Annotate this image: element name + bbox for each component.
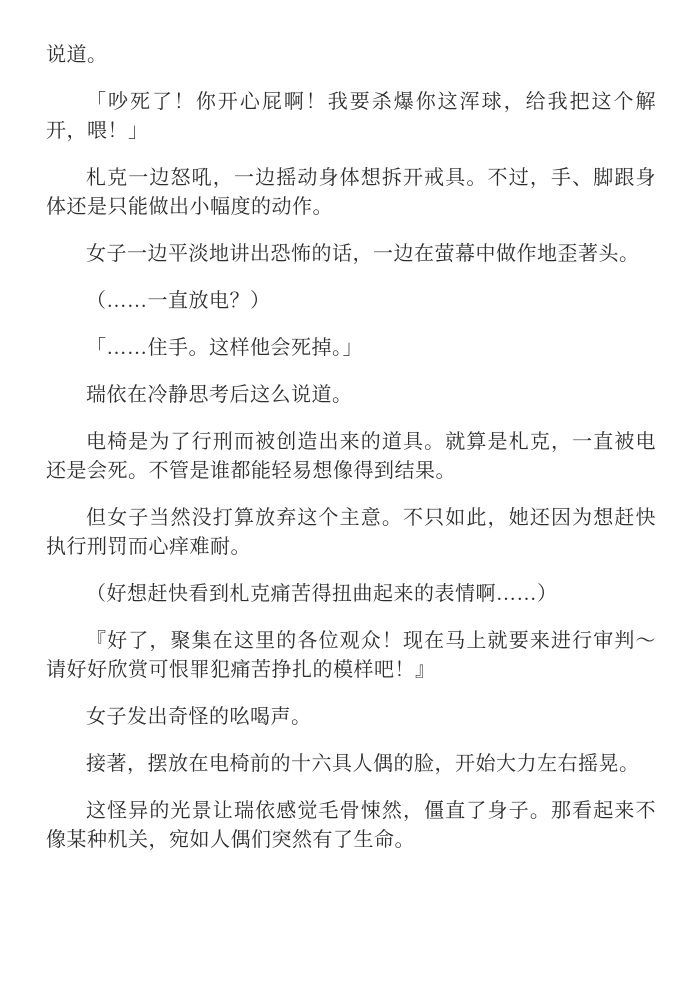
paragraph: 接著，摆放在电椅前的十六具人偶的脸，开始大力左右摇晃。 <box>46 750 656 779</box>
paragraph: 瑞依在冷静思考后这么说道。 <box>46 381 656 410</box>
paragraph: 说道。 <box>46 41 656 70</box>
novel-page: 说道。 「吵死了！你开心屁啊！我要杀爆你这浑球，给我把这个解开，喂！」 札克一边… <box>0 0 700 992</box>
paragraph: 女子发出奇怪的吆喝声。 <box>46 703 656 732</box>
paragraph: （好想赶快看到札克痛苦得扭曲起来的表情啊……） <box>46 580 656 609</box>
paragraph: 『好了，聚集在这里的各位观众！现在马上就要来进行审判～请好好欣赏可恨罪犯痛苦挣扎… <box>46 627 656 685</box>
paragraph: 但女子当然没打算放弃这个主意。不只如此，她还因为想赶快执行刑罚而心痒难耐。 <box>46 504 656 562</box>
paragraph: 女子一边平淡地讲出恐怖的话，一边在萤幕中做作地歪著头。 <box>46 240 656 269</box>
paragraph: 札克一边怒吼，一边摇动身体想拆开戒具。不过，手、脚跟身体还是只能做出小幅度的动作… <box>46 164 656 222</box>
paragraph: 电椅是为了行刑而被创造出来的道具。就算是札克，一直被电还是会死。不管是谁都能轻易… <box>46 428 656 486</box>
paragraph: 这怪异的光景让瑞依感觉毛骨悚然，僵直了身子。那看起来不像某种机关，宛如人偶们突然… <box>46 797 656 855</box>
paragraph: （……一直放电？） <box>46 287 656 316</box>
paragraph: 「吵死了！你开心屁啊！我要杀爆你这浑球，给我把这个解开，喂！」 <box>46 88 656 146</box>
paragraph: 「……住手。这样他会死掉。」 <box>46 334 656 363</box>
